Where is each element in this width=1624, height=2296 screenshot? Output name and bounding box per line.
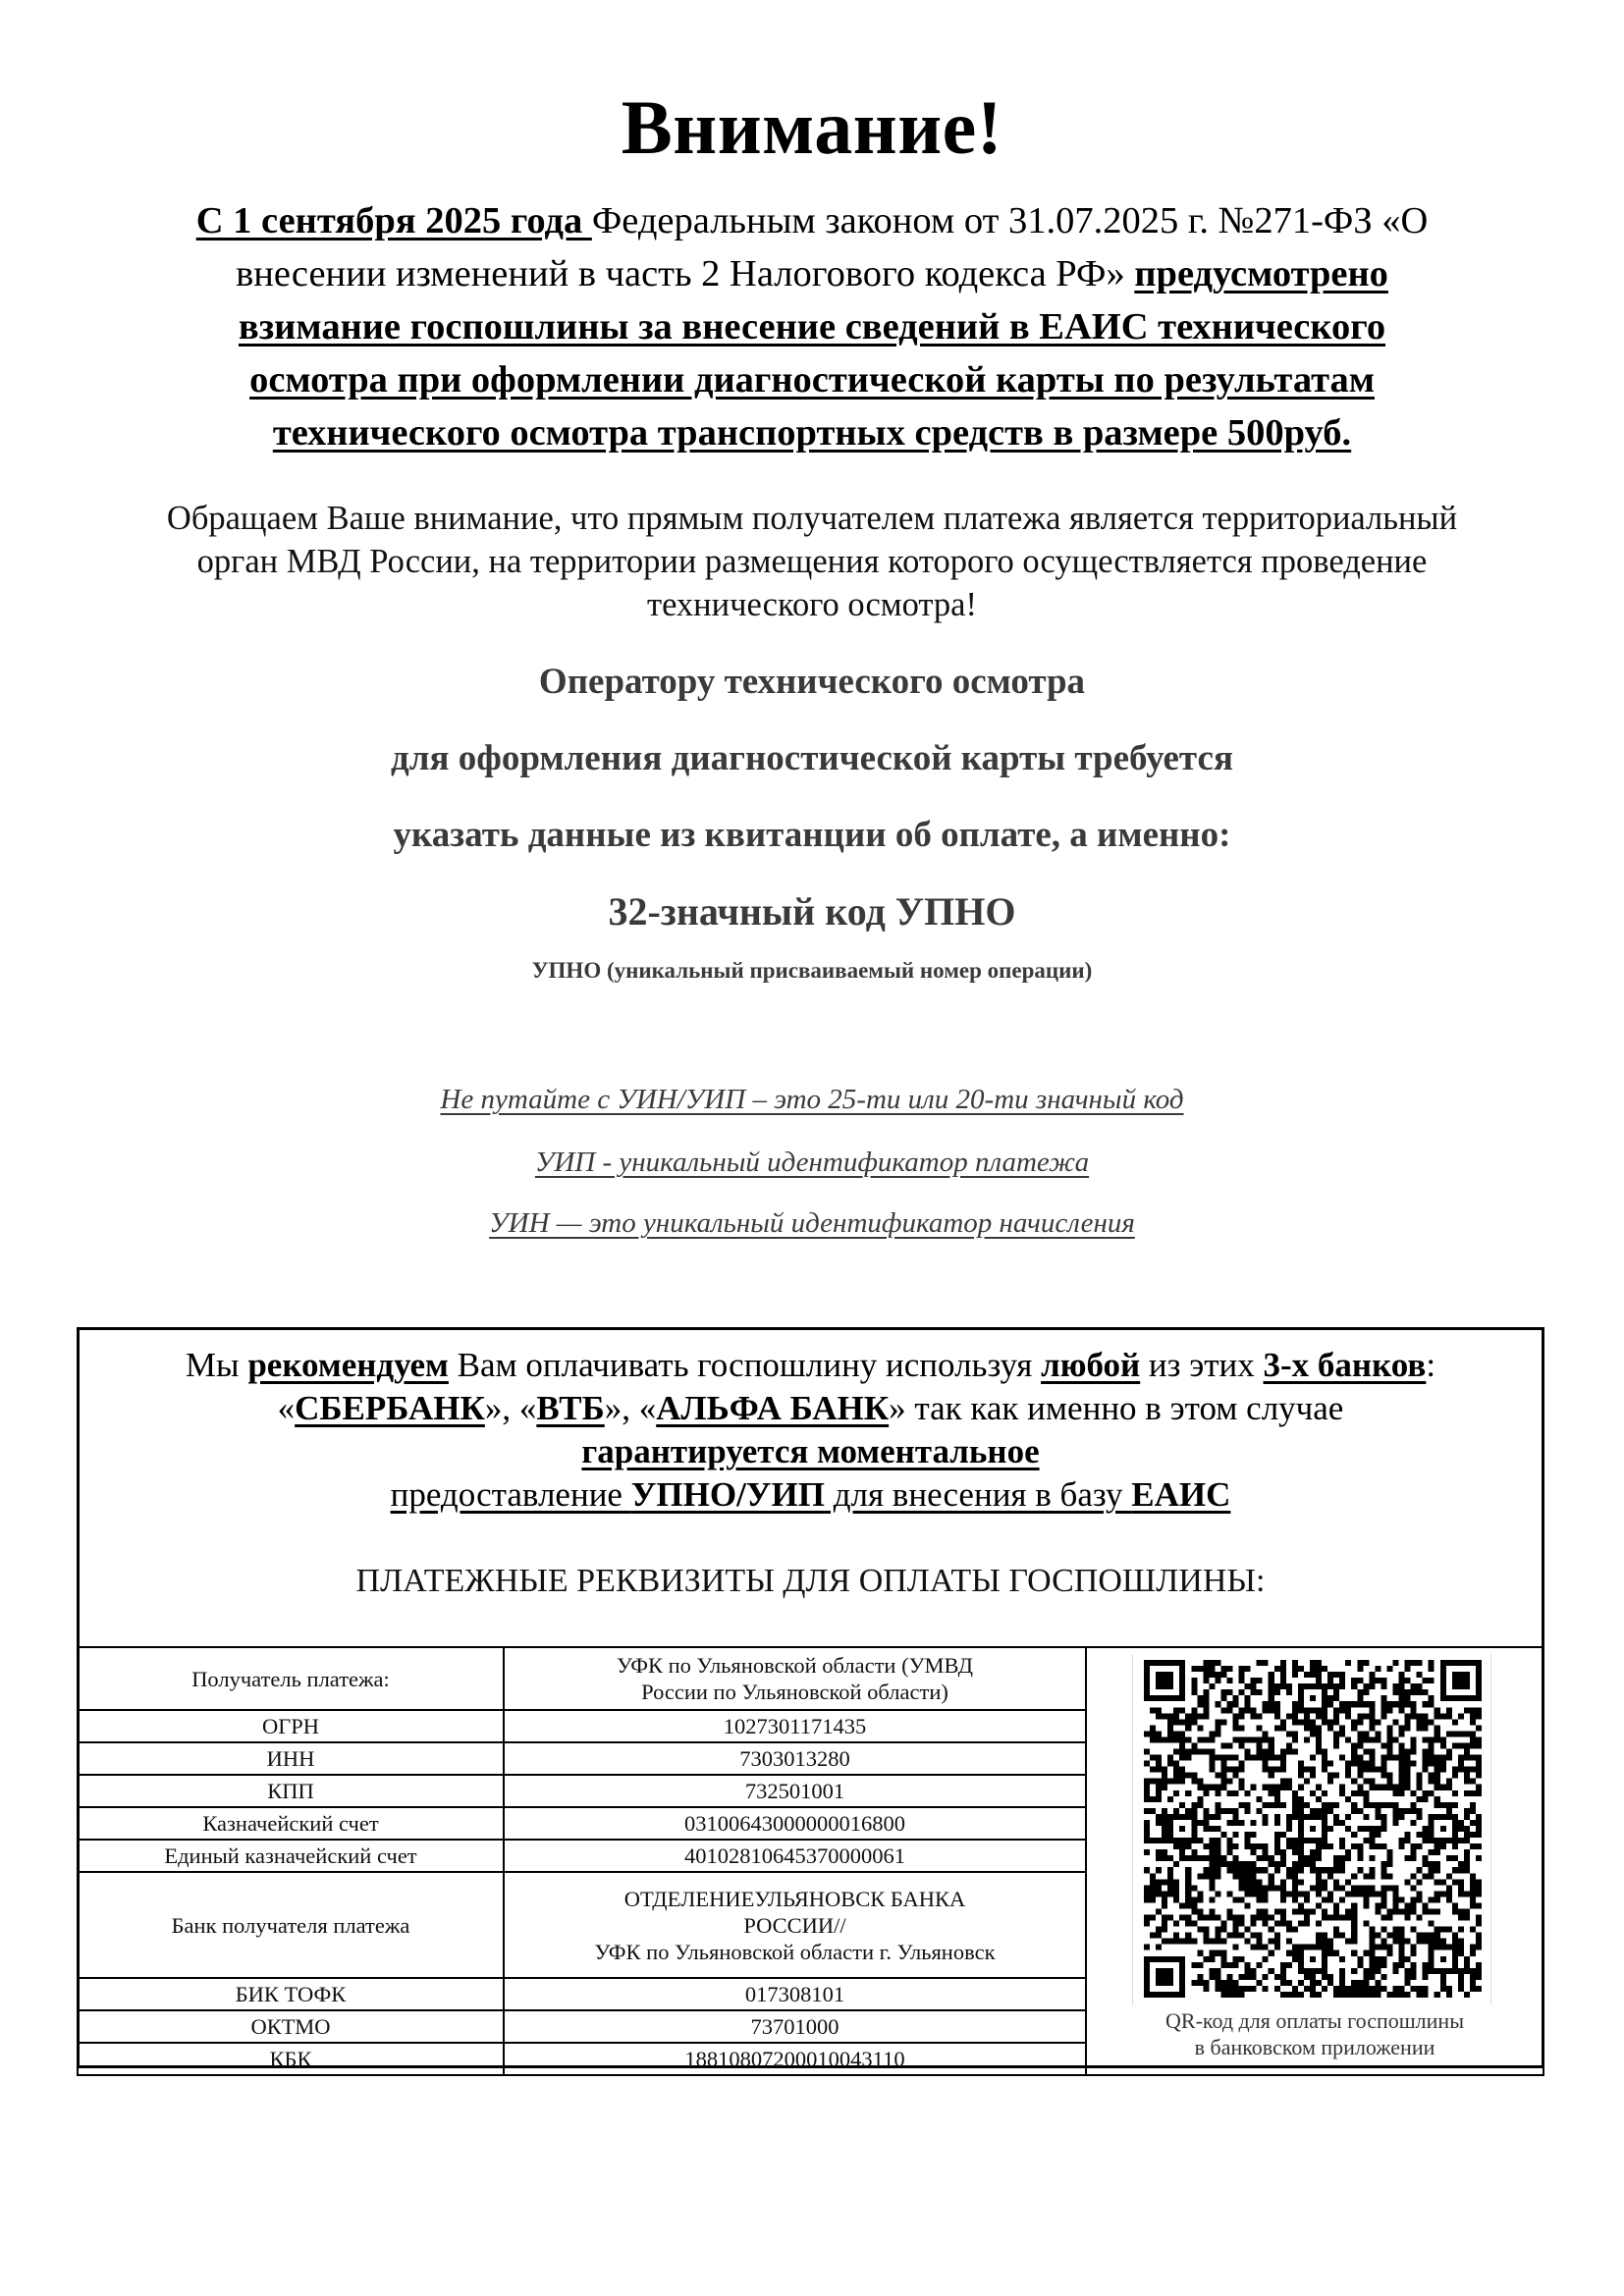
requisite-value: ОТДЕЛЕНИЕУЛЬЯНОВСК БАНКАРОССИИ//УФК по У…	[504, 1872, 1086, 1978]
qr-code-icon[interactable]	[1144, 1660, 1482, 1998]
notice-line-1: Обращаем Ваше внимание, что прямым получ…	[0, 497, 1624, 540]
qr-cell: QR-код для оплаты госпошлиныв банковском…	[1086, 1647, 1543, 2075]
hint-uip-definition: УИП - уникальный идентификатор платежа	[0, 1143, 1624, 1182]
requisite-value-line: УФК по Ульяновской области г. Ульяновск	[511, 1939, 1079, 1965]
intro-line-1: С 1 сентября 2025 года Федеральным закон…	[0, 194, 1624, 247]
bank-recommendation: Мы рекомендуем Вам оплачивать госпошлину…	[80, 1344, 1542, 1517]
law-reference: Федеральным законом от 31.07.2025 г. №27…	[592, 200, 1428, 241]
rec-emphasis: любой	[1041, 1346, 1140, 1384]
operator-line-1: Оператору технического осмотра	[0, 658, 1624, 707]
requisites-table: Получатель платежа:УФК по Ульяновской об…	[77, 1646, 1544, 2076]
rec-text: предоставление	[391, 1475, 631, 1514]
hint-text: УИП - уникальный идентификатор платежа	[535, 1147, 1089, 1178]
requisite-value: УФК по Ульяновской области (УМВДРоссии п…	[504, 1647, 1086, 1710]
qr-frame	[1132, 1654, 1491, 2005]
bank-alfa: АЛЬФА БАНК	[656, 1389, 889, 1427]
requisite-value-line: России по Ульяновской области)	[511, 1679, 1079, 1705]
effective-date: С 1 сентября 2025 года	[196, 200, 592, 241]
intro-line-2: внесении изменений в часть 2 Налогового …	[0, 247, 1624, 300]
table-row: Получатель платежа:УФК по Ульяновской об…	[78, 1647, 1543, 1710]
hint-text: Не путайте с УИН/УИП – это 25-ти или 20-…	[440, 1084, 1183, 1115]
requisite-value: 1027301171435	[504, 1710, 1086, 1742]
recommendation-line-4: предоставление УПНО/УИП для внесения в б…	[80, 1473, 1542, 1517]
operator-line-2: для оформления диагностической карты тре…	[0, 734, 1624, 783]
upno-code-label: 32-значный код УПНО	[0, 887, 1624, 936]
requisite-label: Единый казначейский счет	[78, 1840, 504, 1872]
requisite-label: Получатель платежа:	[78, 1647, 504, 1710]
requisite-label: Банк получателя платежа	[78, 1872, 504, 1978]
rec-emphasis: ЕАИС	[1131, 1475, 1230, 1514]
rec-text: так как именно в этом случае	[906, 1389, 1344, 1427]
rec-text: из этих	[1140, 1346, 1263, 1384]
rec-text: для внесения в базу	[825, 1475, 1131, 1514]
intro-line-5: технического осмотра транспортных средст…	[0, 406, 1624, 459]
rec-emphasis: УПНО/УИП	[631, 1475, 825, 1514]
rec-emphasis: 3-х банков	[1264, 1346, 1427, 1384]
fee-statement-2: осмотра при оформлении диагностической к…	[249, 359, 1375, 400]
requisite-value: 73701000	[504, 2010, 1086, 2043]
rec-emphasis: гарантируется моментальное	[581, 1432, 1039, 1470]
fee-statement-1: взимание госпошлины за внесение сведений…	[239, 306, 1385, 347]
requisite-value-line: ОТДЕЛЕНИЕУЛЬЯНОВСК БАНКА	[511, 1886, 1079, 1912]
hint-uin-definition: УИН — это уникальный идентификатор начис…	[0, 1203, 1624, 1243]
requisite-value: 40102810645370000061	[504, 1840, 1086, 1872]
operator-line-3: указать данные из квитанции об оплате, а…	[0, 811, 1624, 860]
requisite-value-line: УФК по Ульяновской области (УМВД	[511, 1652, 1079, 1679]
notice-line-3: технического осмотра!	[0, 583, 1624, 626]
requisite-label: ИНН	[78, 1742, 504, 1775]
hint-uin-uip: Не путайте с УИН/УИП – это 25-ти или 20-…	[0, 1080, 1624, 1119]
requisite-value: 7303013280	[504, 1742, 1086, 1775]
requisite-value: 03100643000000016800	[504, 1807, 1086, 1840]
fee-statement-3: технического осмотра транспортных средст…	[273, 412, 1351, 454]
intro-line-4: осмотра при оформлении диагностической к…	[0, 353, 1624, 406]
requisite-value: 18810807200010043110	[504, 2043, 1086, 2075]
qr-caption-line-2: в банковском приложении	[1087, 2034, 1543, 2060]
rec-text: Вам оплачивать госпошлину используя	[449, 1346, 1041, 1384]
recommendation-line-3: гарантируется моментальное	[80, 1430, 1542, 1473]
qr-caption-line-1: QR-код для оплаты госпошлины	[1087, 2007, 1543, 2034]
requisite-label: ОГРН	[78, 1710, 504, 1742]
requisite-value: 017308101	[504, 1978, 1086, 2010]
recommendation-line-2: «СБЕРБАНК», «ВТБ», «АЛЬФА БАНК» так как …	[80, 1387, 1542, 1430]
requisite-value-line: РОССИИ//	[511, 1912, 1079, 1939]
law-title: внесении изменений в часть 2 Налогового …	[236, 253, 1134, 294]
rec-text: :	[1426, 1346, 1435, 1384]
requisite-label: КБК	[78, 2043, 504, 2075]
emphasis-provided: предусмотрено	[1134, 253, 1388, 294]
requisite-value: 732501001	[504, 1775, 1086, 1807]
page-title: Внимание!	[0, 79, 1624, 177]
requisite-label: БИК ТОФК	[78, 1978, 504, 2010]
requisites-title: ПЛАТЕЖНЫЕ РЕКВИЗИТЫ ДЛЯ ОПЛАТЫ ГОСПОШЛИН…	[80, 1560, 1542, 1603]
upno-expansion: УПНО (уникальный присваиваемый номер опе…	[0, 954, 1624, 988]
requisite-label: КПП	[78, 1775, 504, 1807]
requisite-label: Казначейский счет	[78, 1807, 504, 1840]
requisite-label: ОКТМО	[78, 2010, 504, 2043]
bank-sberbank: СБЕРБАНК	[295, 1389, 485, 1427]
rec-text: Мы	[186, 1346, 247, 1384]
qr-caption: QR-код для оплаты госпошлиныв банковском…	[1087, 2007, 1543, 2060]
rec-emphasis: рекомендуем	[247, 1346, 449, 1384]
hint-text: УИН — это уникальный идентификатор начис…	[489, 1207, 1135, 1239]
payment-requisites-box: Мы рекомендуем Вам оплачивать госпошлину…	[77, 1327, 1544, 2068]
recipient-notice: Обращаем Ваше внимание, что прямым получ…	[0, 497, 1624, 626]
intro-paragraph: С 1 сентября 2025 года Федеральным закон…	[0, 194, 1624, 459]
recommendation-line-1: Мы рекомендуем Вам оплачивать госпошлину…	[80, 1344, 1542, 1387]
intro-line-3: взимание госпошлины за внесение сведений…	[0, 300, 1624, 353]
bank-vtb: ВТБ	[536, 1389, 604, 1427]
notice-line-2: орган МВД России, на территории размещен…	[0, 540, 1624, 583]
